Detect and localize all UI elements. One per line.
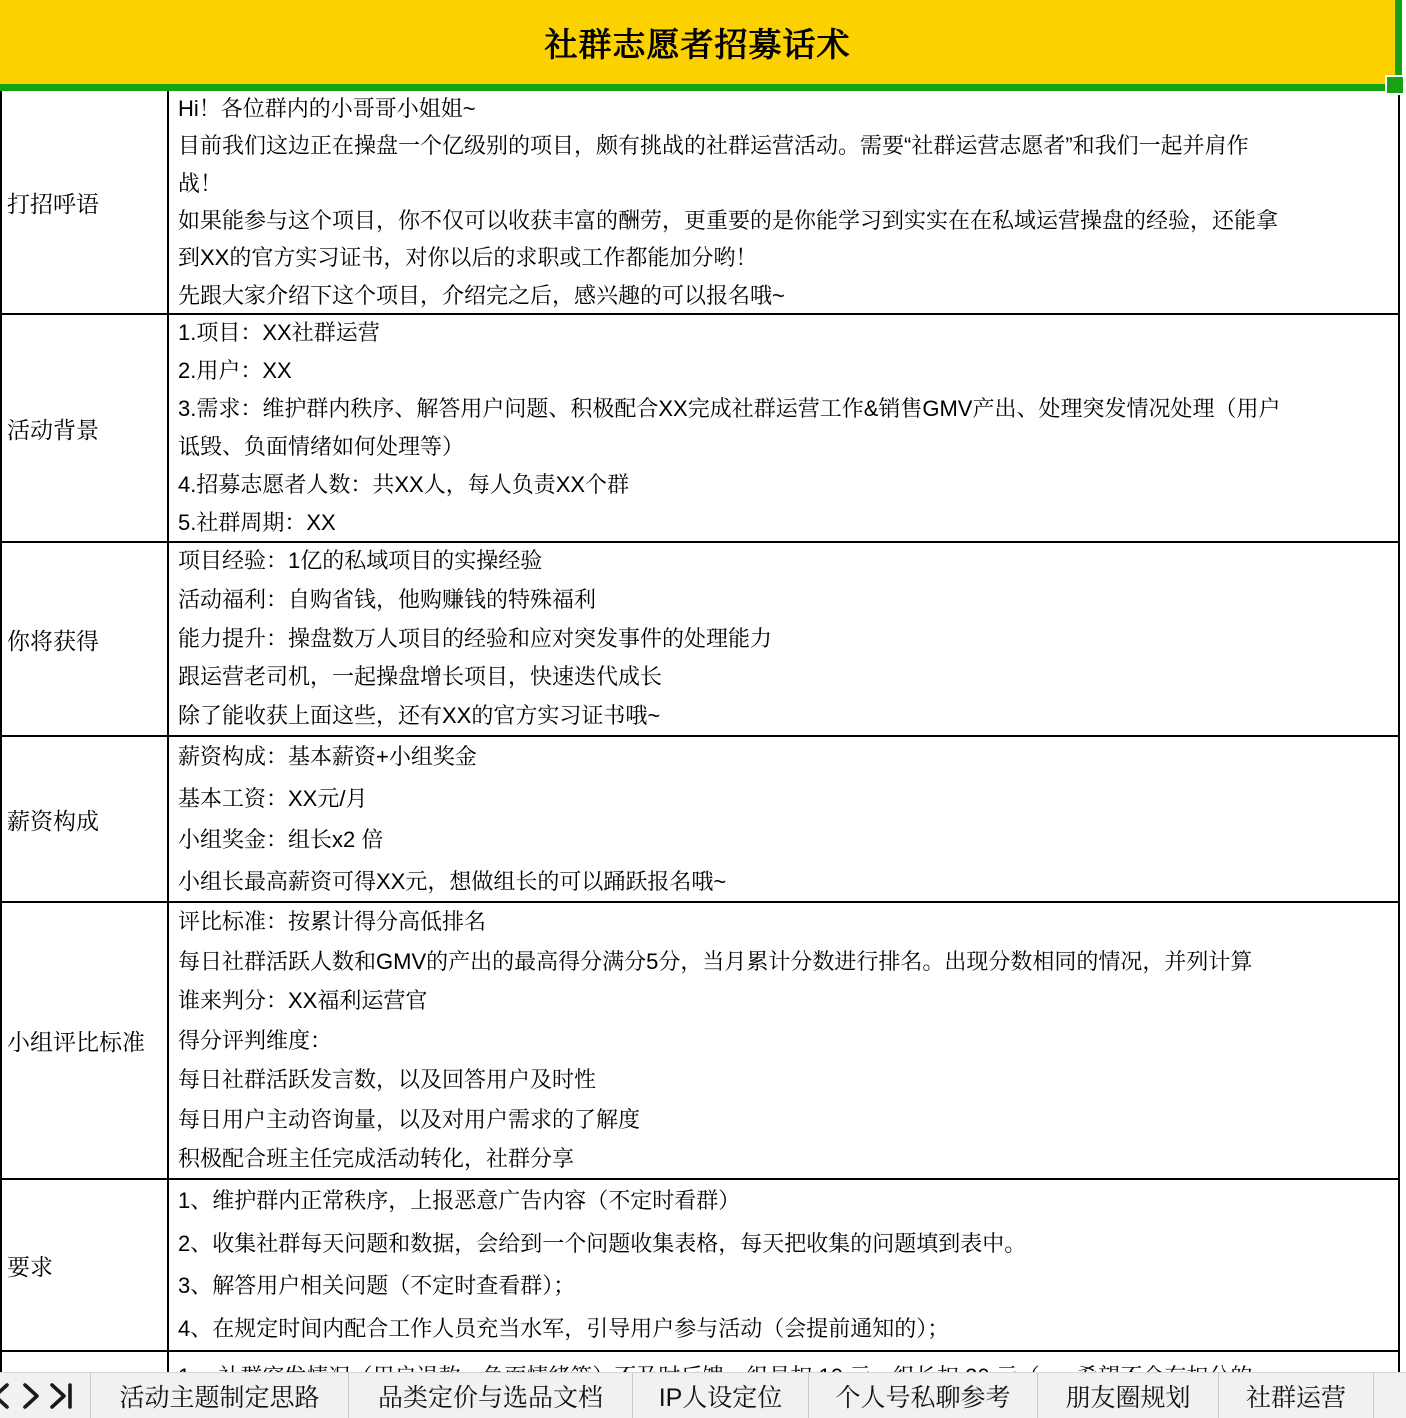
row-content-cell[interactable]: 1、 社群突发情况（用户退款、负面情绪等）不及时反馈，组员扣 10 元，组长扣 … [169, 1352, 1398, 1372]
content-line: 1、 社群突发情况（用户退款、负面情绪等）不及时反馈，组员扣 10 元，组长扣 … [178, 1358, 1398, 1372]
row-label-cell[interactable]: 小组评比标准 [2, 903, 169, 1178]
sheet-tab-5[interactable]: 朋友圈规划 [1037, 1373, 1218, 1418]
content-line: 除了能收获上面这些，还有XX的官方实习证书哦~ [178, 697, 1398, 735]
content-line: 积极配合班主任完成活动转化，社群分享 [178, 1139, 1398, 1178]
content-line: 先跟大家介绍下这个项目，介绍完之后，感兴趣的可以报名哦~ [178, 277, 1398, 313]
row-label-cell[interactable]: 你将获得 [2, 543, 169, 735]
next-sheet-icon[interactable] [16, 1373, 46, 1418]
content-line: 到XX的官方实习证书，对你以后的求职或工作都能加分哟！ [178, 239, 1398, 276]
sheet-tab-6[interactable]: 社群运营 [1218, 1373, 1374, 1418]
content-line: 每日用户主动咨询量，以及对用户需求的了解度 [178, 1100, 1398, 1140]
content-line: 2、收集社群每天问题和数据，会给到一个问题收集表格，每天把收集的问题填到表中。 [178, 1223, 1398, 1266]
row-content-cell[interactable]: 评比标准：按累计得分高低排名每日社群活跃人数和GMV的产出的最高得分满分5分，当… [169, 903, 1398, 1178]
content-line: 1、维护群内正常秩序，上报恶意广告内容（不定时看群） [178, 1180, 1398, 1223]
content-line: 小组奖金：组长x2 倍 [178, 819, 1398, 861]
content-line: 战！ [178, 165, 1398, 202]
table-row: 小组评比标准评比标准：按累计得分高低排名每日社群活跃人数和GMV的产出的最高得分… [2, 903, 1398, 1180]
content-line: 每日社群活跃人数和GMV的产出的最高得分满分5分，当月累计分数进行排名。出现分数… [178, 942, 1398, 982]
sheet-tab-3[interactable]: IP人设定位 [632, 1373, 808, 1418]
row-content-cell[interactable]: 1、维护群内正常秩序，上报恶意广告内容（不定时看群）2、收集社群每天问题和数据，… [169, 1180, 1398, 1350]
page-title: 社群志愿者招募话术 [545, 19, 851, 66]
row-label-cell[interactable]: 活动背景 [2, 315, 169, 541]
content-line: 薪资构成：基本薪资+小组奖金 [178, 737, 1398, 778]
table-row: 活动背景1.项目：XX社群运营2.用户：XX3.需求：维护群内秩序、解答用户问题… [2, 315, 1398, 543]
row-content-cell[interactable]: 1.项目：XX社群运营2.用户：XX3.需求：维护群内秩序、解答用户问题、积极配… [169, 315, 1398, 541]
table-row: 要求1、维护群内正常秩序，上报恶意广告内容（不定时看群）2、收集社群每天问题和数… [2, 1180, 1398, 1352]
content-line: 小组长最高薪资可得XX元，想做组长的可以踊跃报名哦~ [178, 861, 1398, 902]
content-line: 跟运营老司机，一起操盘增长项目，快速迭代成长 [178, 658, 1398, 697]
content-line: Hi！各位群内的小哥哥小姐姐~ [178, 91, 1398, 127]
content-line: 得分评判维度： [178, 1021, 1398, 1061]
sheet-tab-4[interactable]: 个人号私聊参考 [808, 1373, 1037, 1418]
content-line: 谁来判分：XX福利运营官 [178, 981, 1398, 1021]
content-line: 4.招募志愿者人数：共XX人，每人负责XX个群 [178, 466, 1398, 504]
row-label-cell[interactable]: 薪资构成 [2, 737, 169, 901]
row-label: 你将获得 [7, 623, 99, 656]
content-line: 项目经验：1亿的私域项目的实操经验 [178, 543, 1398, 581]
content-line: 评比标准：按累计得分高低排名 [178, 903, 1398, 942]
table-row: 你将获得项目经验：1亿的私域项目的实操经验活动福利：自购省钱，他购赚钱的特殊福利… [2, 543, 1398, 737]
title-banner-cell[interactable]: 社群志愿者招募话术 [0, 0, 1395, 84]
row-label-cell[interactable] [2, 1352, 169, 1372]
content-line: 活动福利：自购省钱，他购赚钱的特殊福利 [178, 581, 1398, 620]
selection-fill-handle[interactable] [1385, 75, 1405, 95]
last-sheet-icon[interactable] [46, 1373, 76, 1418]
content-line: 如果能参与这个项目，你不仅可以收获丰富的酬劳，更重要的是你能学习到实实在在私域运… [178, 202, 1398, 239]
content-line: 能力提升：操盘数万人项目的经验和应对突发事件的处理能力 [178, 620, 1398, 659]
content-line: 3、解答用户相关问题（不定时查看群）； [178, 1265, 1398, 1308]
content-line: 基本工资：XX元/月 [178, 778, 1398, 820]
content-line: 目前我们这边正在操盘一个亿级别的项目，颇有挑战的社群运营活动。需要“社群运营志愿… [178, 127, 1398, 164]
content-line: 2.用户：XX [178, 352, 1398, 390]
sheet-tab-2[interactable]: 品类定价与选品文档 [348, 1373, 632, 1418]
sheet-tab-strip: 活动主题制定思路品类定价与选品文档IP人设定位个人号私聊参考朋友圈规划社群运营 [90, 1373, 1374, 1418]
row-label: 打招呼语 [7, 186, 99, 219]
selection-border-bottom [0, 84, 1402, 91]
sheet-tab-1[interactable]: 活动主题制定思路 [90, 1373, 348, 1418]
table-row: 1、 社群突发情况（用户退款、负面情绪等）不及时反馈，组员扣 10 元，组长扣 … [2, 1352, 1398, 1372]
row-label: 薪资构成 [7, 803, 99, 836]
content-line: 1.项目：XX社群运营 [178, 315, 1398, 352]
sheet-table: 打招呼语Hi！各位群内的小哥哥小姐姐~目前我们这边正在操盘一个亿级别的项目，颇有… [0, 91, 1400, 1372]
table-row: 打招呼语Hi！各位群内的小哥哥小姐姐~目前我们这边正在操盘一个亿级别的项目，颇有… [2, 91, 1398, 315]
content-line: 每日社群活跃发言数，以及回答用户及时性 [178, 1060, 1398, 1100]
row-content-cell[interactable]: Hi！各位群内的小哥哥小姐姐~目前我们这边正在操盘一个亿级别的项目，颇有挑战的社… [169, 91, 1398, 313]
row-label: 要求 [7, 1249, 53, 1282]
row-label-cell[interactable]: 要求 [2, 1180, 169, 1350]
sheet-tabbar: 活动主题制定思路品类定价与选品文档IP人设定位个人号私聊参考朋友圈规划社群运营 [0, 1372, 1406, 1418]
row-label-cell[interactable]: 打招呼语 [2, 91, 169, 313]
content-line: 4、在规定时间内配合工作人员充当水军，引导用户参与活动（会提前通知的）； [178, 1308, 1398, 1351]
content-line: 5.社群周期：XX [178, 504, 1398, 541]
sheet-nav [0, 1373, 76, 1418]
row-content-cell[interactable]: 项目经验：1亿的私域项目的实操经验活动福利：自购省钱，他购赚钱的特殊福利能力提升… [169, 543, 1398, 735]
row-label: 活动背景 [7, 412, 99, 445]
content-line: 3.需求：维护群内秩序、解答用户问题、积极配合XX完成社群运营工作&销售GMV产… [178, 390, 1398, 428]
row-content-cell[interactable]: 薪资构成：基本薪资+小组奖金基本工资：XX元/月小组奖金：组长x2 倍小组长最高… [169, 737, 1398, 901]
row-label: 小组评比标准 [7, 1024, 145, 1057]
prev-sheet-icon[interactable] [0, 1373, 16, 1418]
table-row: 薪资构成薪资构成：基本薪资+小组奖金基本工资：XX元/月小组奖金：组长x2 倍小… [2, 737, 1398, 903]
content-line: 诋毁、负面情绪如何处理等） [178, 428, 1398, 466]
